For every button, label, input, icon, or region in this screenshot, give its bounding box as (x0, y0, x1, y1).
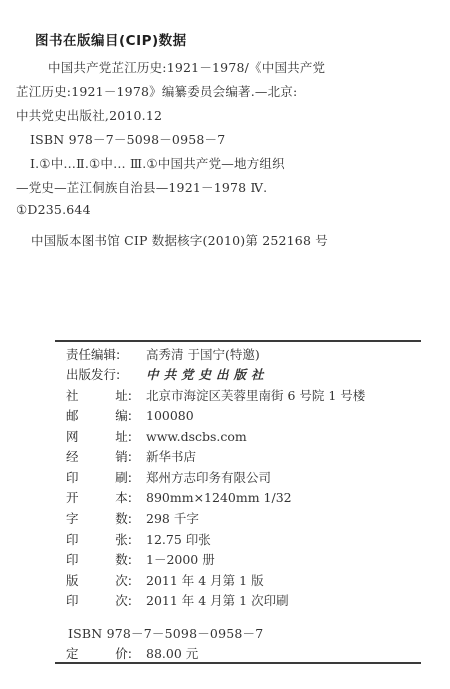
value-distributor: 新华书店 (146, 447, 196, 465)
label-address: 社址: (66, 386, 146, 404)
label-printed-sheets: 印张: (66, 530, 146, 548)
label-distributor: 经销: (66, 447, 146, 465)
value-printed-sheets: 12.75 印张 (146, 530, 211, 548)
value-printer: 郑州方志印务有限公司 (146, 468, 271, 486)
value-edition: 2011 年 4 月第 1 版 (146, 571, 264, 589)
label-char: 价: (115, 644, 132, 662)
label-char: 邮 (66, 406, 79, 424)
row-postcode: 邮编: 100080 (66, 405, 194, 425)
cip-classification-2: —党史—芷江侗族自治县—1921－1978 Ⅳ. (16, 178, 267, 196)
label-char: 数: (115, 509, 132, 527)
top-rule (55, 340, 421, 342)
label-edition: 版次: (66, 571, 146, 589)
row-distributor: 经销: 新华书店 (66, 446, 196, 466)
value-postcode: 100080 (146, 408, 194, 423)
row-publisher: 出版发行: 中共党史出版社 (66, 364, 269, 384)
row-printing: 印次: 2011 年 4 月第 1 次印刷 (66, 590, 289, 610)
row-edition: 版次: 2011 年 4 月第 1 版 (66, 570, 264, 590)
label-char: 销: (115, 447, 132, 465)
cip-line-2: 芷江历史:1921－1978》编纂委员会编著.—北京: (16, 82, 297, 100)
row-print-run: 印数: 1－2000 册 (66, 549, 215, 569)
value-print-run: 1－2000 册 (146, 550, 215, 568)
value-price: 88.00 元 (146, 644, 198, 662)
label-char: 次: (115, 591, 132, 609)
label-publisher: 出版发行: (66, 365, 146, 383)
value-address: 北京市海淀区芙蓉里南街 6 号院 1 号楼 (146, 386, 365, 404)
colophon-isbn: ISBN 978－7－5098－0958－7 (68, 624, 263, 642)
label-char: 社 (66, 386, 79, 404)
label-char: 址: (115, 386, 132, 404)
label-char: 版 (66, 571, 79, 589)
label-text: 责任编辑: (66, 345, 120, 363)
label-print-run: 印数: (66, 550, 146, 568)
label-char: 印 (66, 591, 79, 609)
label-char: 本: (115, 488, 132, 506)
label-char: 次: (115, 571, 132, 589)
label-char: 经 (66, 447, 79, 465)
label-char: 刷: (115, 468, 132, 486)
cip-heading: 图书在版编目(CIP)数据 (35, 29, 187, 49)
label-format: 开本: (66, 488, 146, 506)
label-char: 印 (66, 550, 79, 568)
bottom-rule (55, 662, 421, 664)
row-price: 定价: 88.00 元 (66, 643, 198, 663)
row-website: 网址: www.dscbs.com (66, 426, 247, 446)
cip-library-record: 中国版本图书馆 CIP 数据核字(2010)第 252168 号 (31, 231, 328, 249)
label-char: 印 (66, 468, 79, 486)
label-price: 定价: (66, 644, 146, 662)
label-text: 出版发行: (66, 365, 120, 383)
label-char: 编: (115, 406, 132, 424)
row-address: 社址: 北京市海淀区芙蓉里南街 6 号院 1 号楼 (66, 385, 365, 405)
label-editor: 责任编辑: (66, 345, 146, 363)
cip-classification-3: ①D235.644 (16, 202, 91, 217)
row-word-count: 字数: 298 千字 (66, 508, 199, 528)
label-char: 开 (66, 488, 79, 506)
value-word-count: 298 千字 (146, 509, 199, 527)
value-website: www.dscbs.com (146, 429, 247, 444)
value-format: 890mm×1240mm 1/32 (146, 490, 292, 505)
row-printed-sheets: 印张: 12.75 印张 (66, 529, 211, 549)
publisher-logotype: 中共党史出版社 (146, 365, 269, 383)
row-format: 开本: 890mm×1240mm 1/32 (66, 487, 292, 507)
label-website: 网址: (66, 427, 146, 445)
value-editor: 高秀清 于国宁(特邀) (146, 345, 260, 363)
label-char: 数: (115, 550, 132, 568)
cip-classification-1: Ⅰ.①中…Ⅱ.①中… Ⅲ.①中国共产党—地方组织 (30, 154, 285, 172)
label-char: 字 (66, 509, 79, 527)
label-postcode: 邮编: (66, 406, 146, 424)
label-char: 定 (66, 644, 79, 662)
label-char: 张: (115, 530, 132, 548)
value-printing: 2011 年 4 月第 1 次印刷 (146, 591, 289, 609)
label-printing: 印次: (66, 591, 146, 609)
label-char: 印 (66, 530, 79, 548)
cip-isbn: ISBN 978－7－5098－0958－7 (30, 130, 225, 148)
cip-line-3: 中共党史出版社,2010.12 (16, 106, 162, 124)
cip-line-1: 中国共产党芷江历史:1921－1978/《中国共产党 (48, 58, 325, 76)
label-char: 网 (66, 427, 79, 445)
row-editor: 责任编辑: 高秀清 于国宁(特邀) (66, 344, 260, 364)
label-printer: 印刷: (66, 468, 146, 486)
row-printer: 印刷: 郑州方志印务有限公司 (66, 467, 271, 487)
label-word-count: 字数: (66, 509, 146, 527)
label-char: 址: (115, 427, 132, 445)
